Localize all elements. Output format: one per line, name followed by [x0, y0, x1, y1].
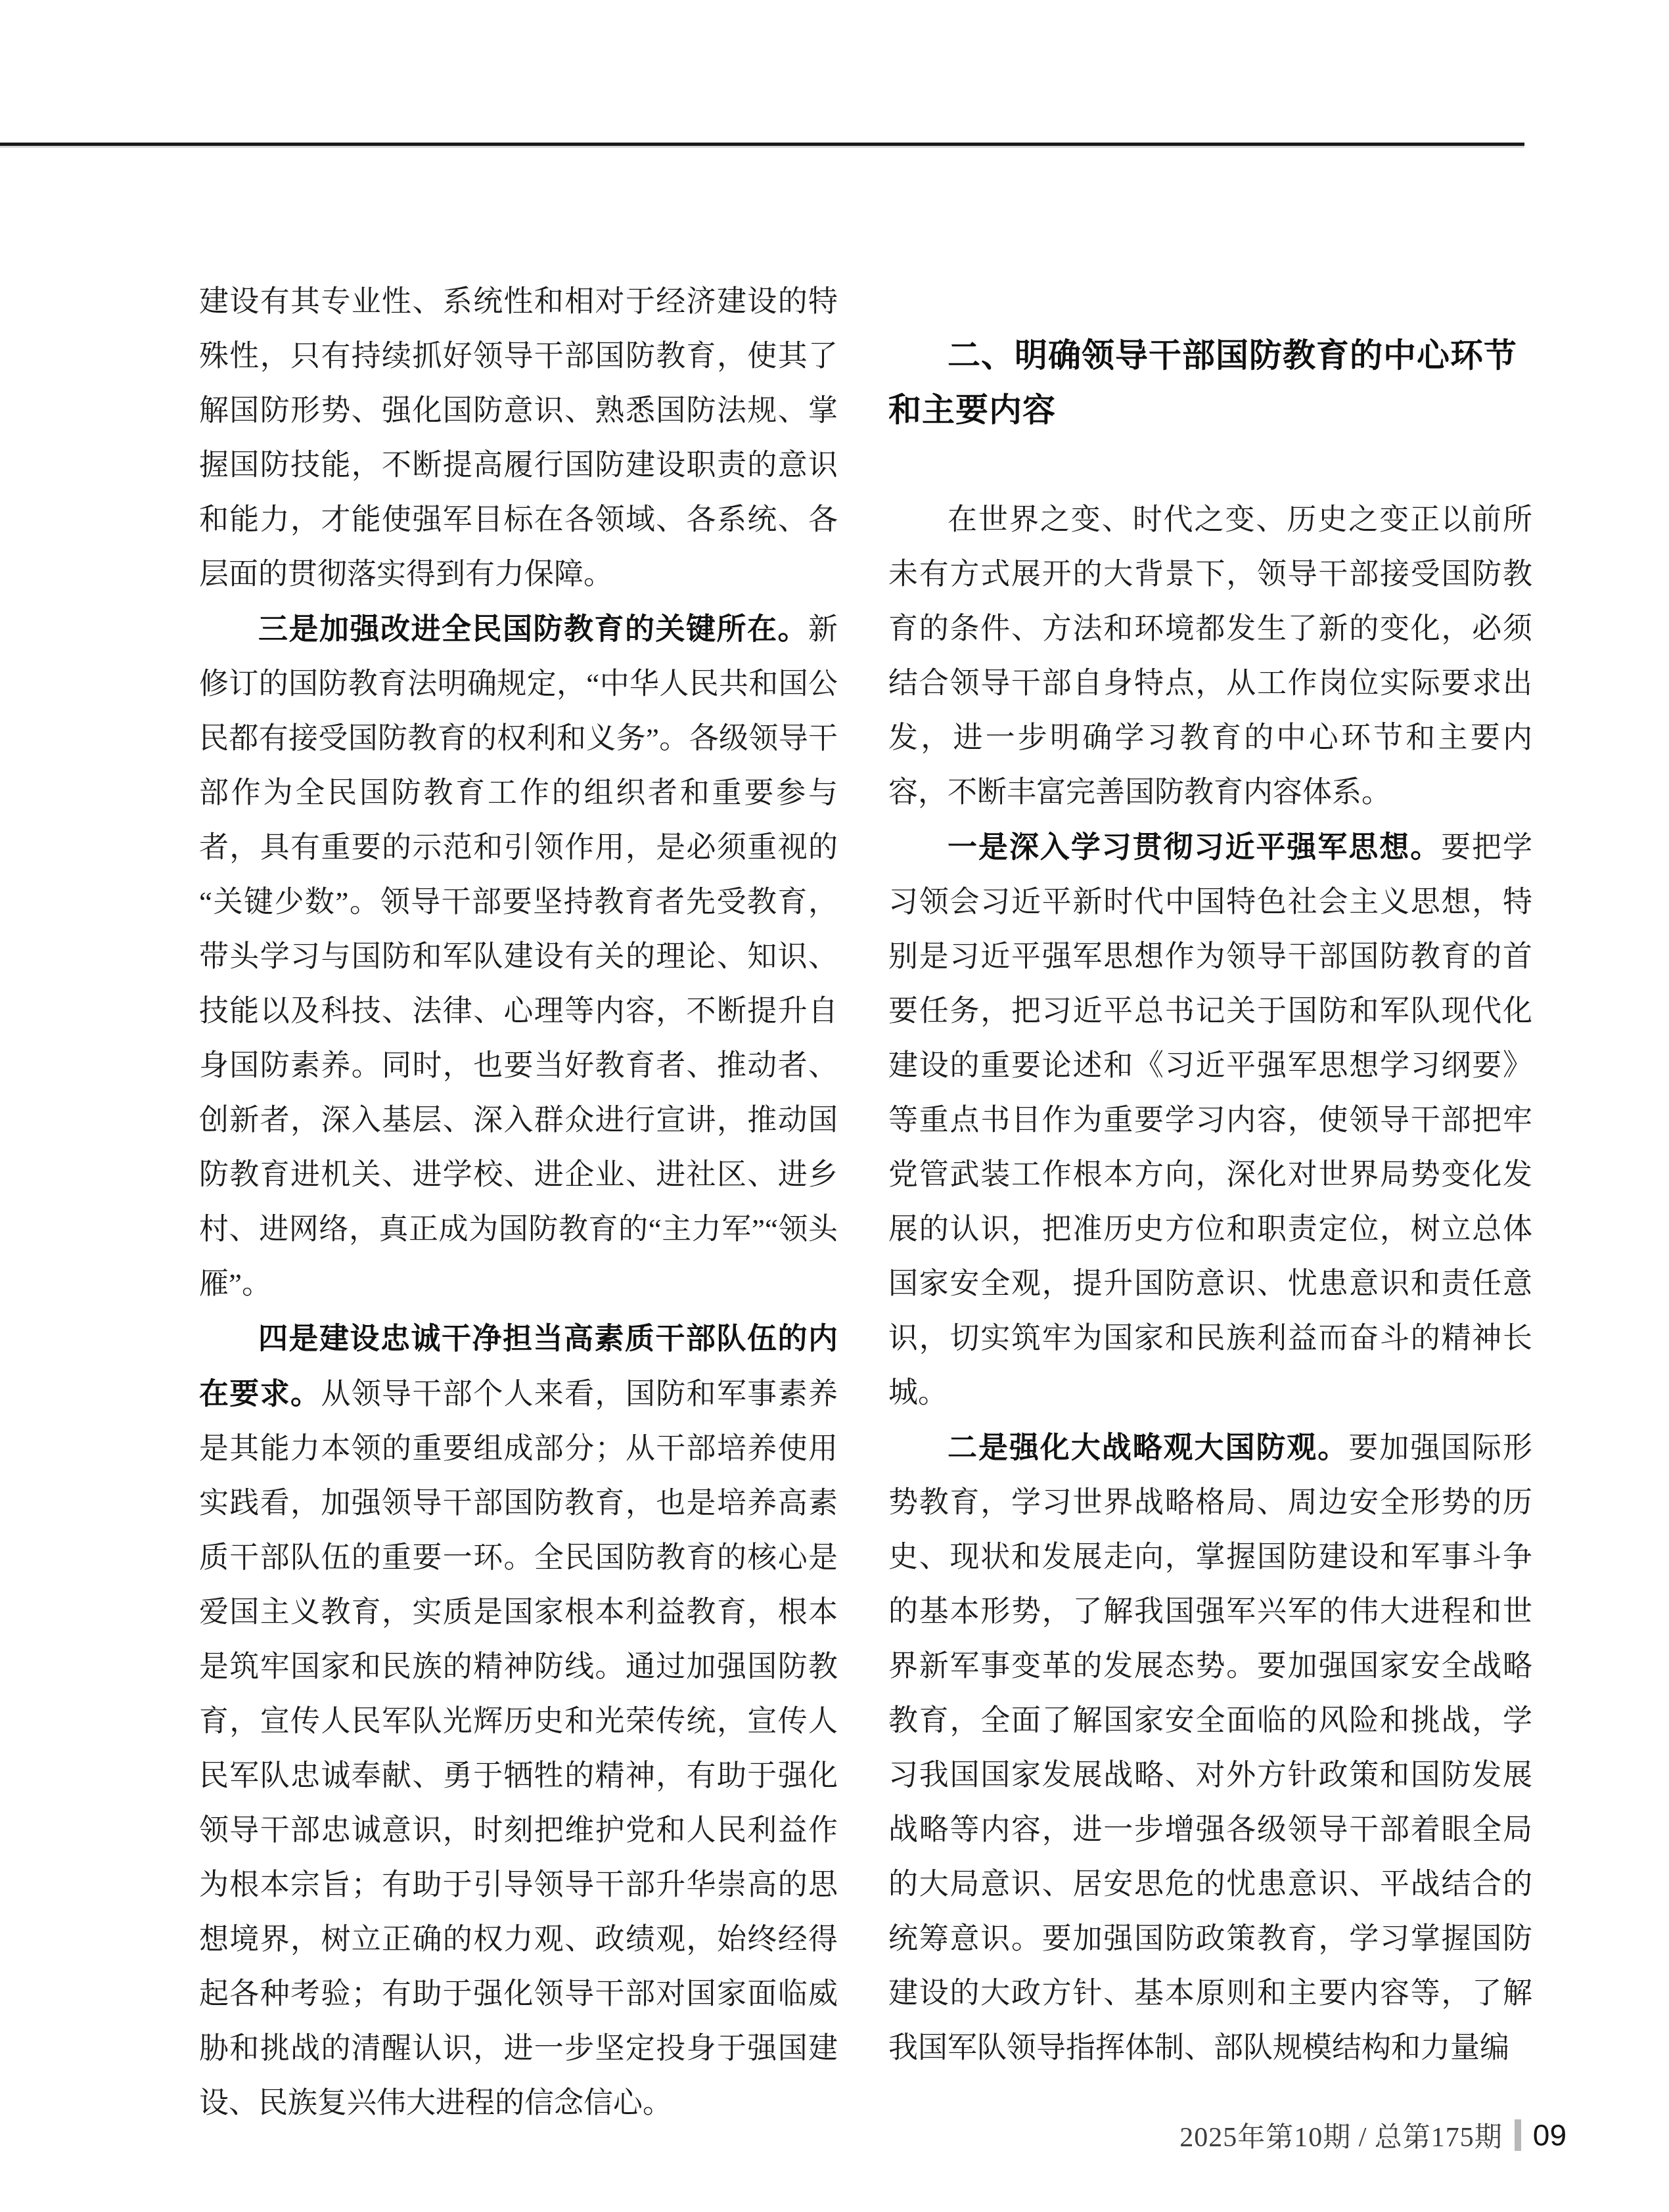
page-footer: 2025年第10期 / 总第175期 09: [1179, 2115, 1566, 2155]
paragraph-continued: 建设有其专业性、系统性和相对于经济建设的特殊性，只有持续抓好领导干部国防教育，使…: [199, 274, 838, 602]
paragraph-text: 要加强国际形势教育，学习世界战略格局、周边安全形势的历史、现状和发展走向，掌握国…: [888, 1432, 1532, 2064]
magazine-page: 建设有其专业性、系统性和相对于经济建设的特殊性，只有持续抓好领导干部国防教育，使…: [0, 0, 1669, 2212]
left-text-column: 建设有其专业性、系统性和相对于经济建设的特殊性，只有持续抓好领导干部国防教育，使…: [199, 274, 838, 2131]
paragraph: 三是加强改进全民国防教育的关键所在。新修订的国防教育法明确规定，“中华人民共和国…: [199, 602, 838, 1311]
issue-info: 2025年第10期 / 总第175期: [1179, 2115, 1503, 2155]
paragraph-text: 新修订的国防教育法明确规定，“中华人民共和国公民都有接受国防教育的权利和义务”。…: [199, 613, 838, 1300]
page-number: 09: [1533, 2117, 1566, 2153]
paragraph-text: 要把学习领会习近平新时代中国特色社会主义思想，特别是习近平强军思想作为领导干部国…: [888, 831, 1532, 1409]
right-text-column: 二、明确领导干部国防教育的中心环节和主要内容 在世界之变、时代之变、历史之变正以…: [888, 274, 1532, 2075]
paragraph: 四是建设忠诚干净担当高素质干部队伍的内在要求。从领导干部个人来看，国防和军事素养…: [199, 1311, 838, 2131]
paragraph-lead: 二是强化大战略观大国防观。: [948, 1431, 1348, 1464]
paragraph-lead: 一是深入学习贯彻习近平强军思想。: [948, 830, 1441, 864]
paragraph-lead: 三是加强改进全民国防教育的关键所在。: [258, 612, 808, 646]
paragraph: 二是强化大战略观大国防观。要加强国际形势教育，学习世界战略格局、周边安全形势的历…: [888, 1420, 1532, 2075]
section-heading: 二、明确领导干部国防教育的中心环节和主要内容: [888, 328, 1532, 438]
footer-divider-bar: [1515, 2119, 1521, 2151]
header-rule: [0, 143, 1524, 146]
paragraph: 一是深入学习贯彻习近平强军思想。要把学习领会习近平新时代中国特色社会主义思想，特…: [888, 820, 1532, 1420]
paragraph-text: 在世界之变、时代之变、历史之变正以前所未有方式展开的大背景下，领导干部接受国防教…: [888, 503, 1532, 809]
paragraph-text: 从领导干部个人来看，国防和军事素养是其能力本领的重要组成部分；从干部培养使用实践…: [199, 1378, 838, 2119]
paragraph: 在世界之变、时代之变、历史之变正以前所未有方式展开的大背景下，领导干部接受国防教…: [888, 492, 1532, 820]
paragraph-text: 建设有其专业性、系统性和相对于经济建设的特殊性，只有持续抓好领导干部国防教育，使…: [199, 285, 838, 591]
